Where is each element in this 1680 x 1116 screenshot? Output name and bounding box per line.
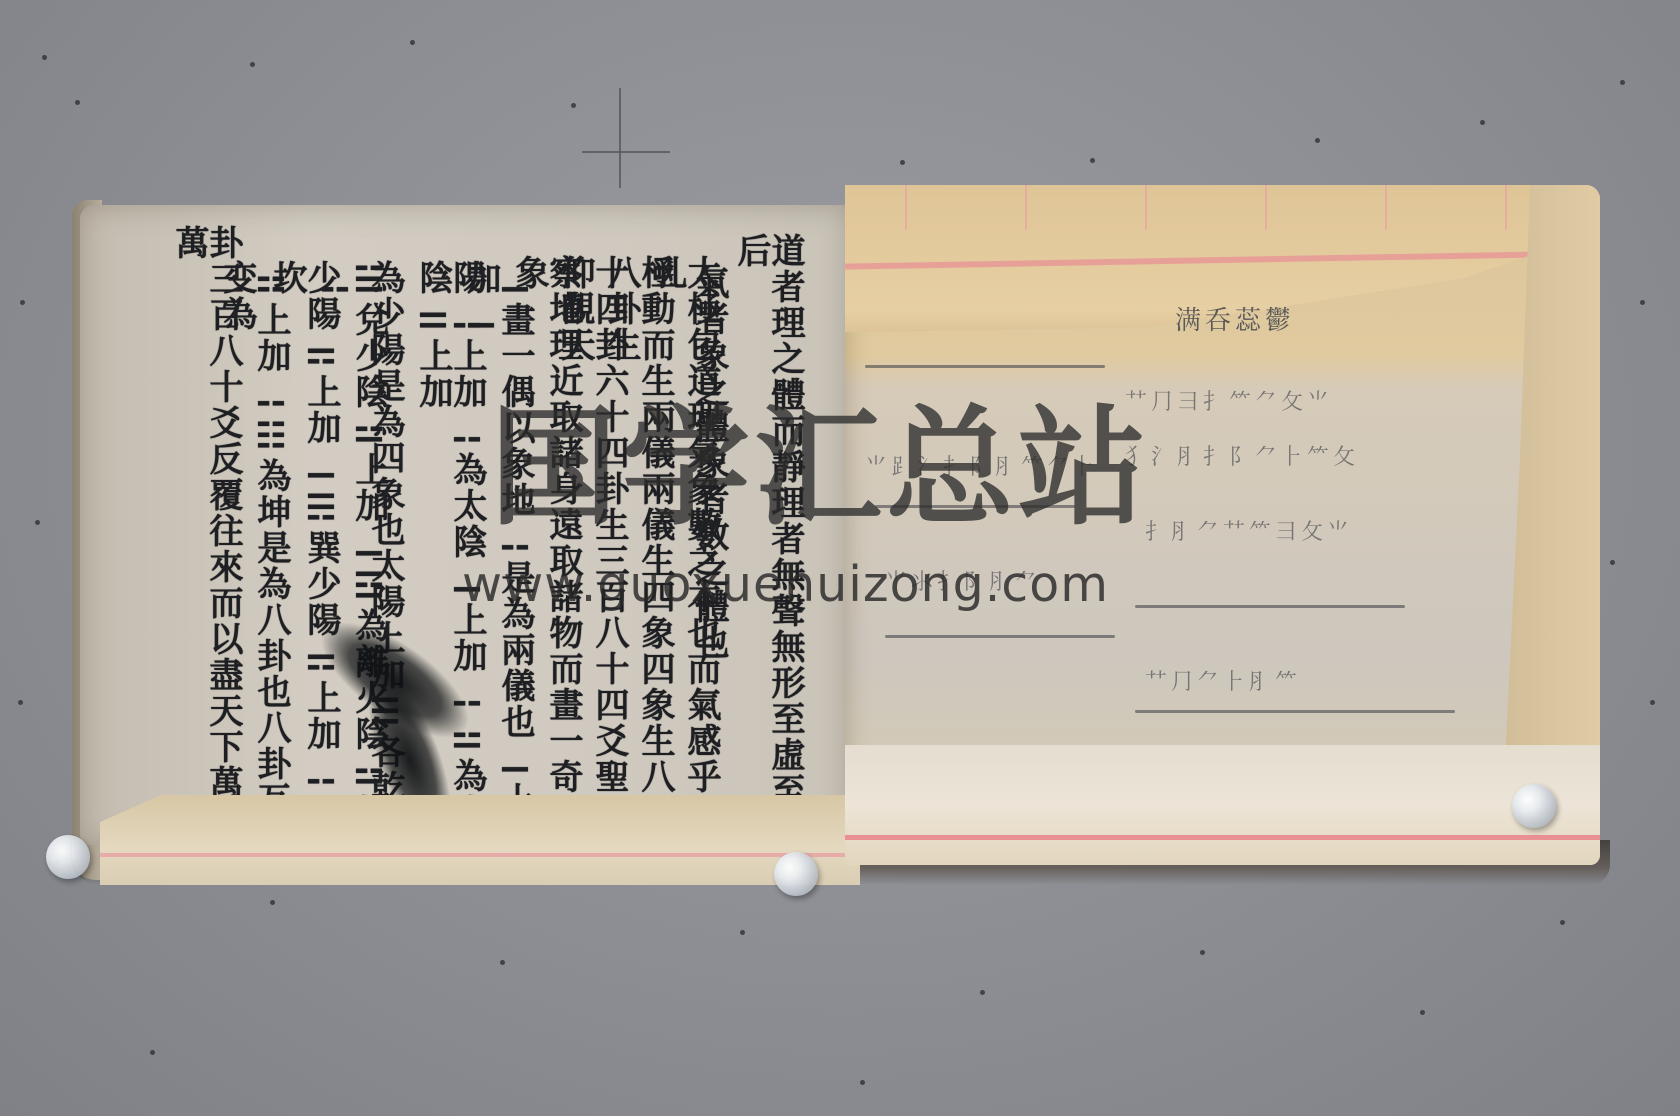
crosshair-mark — [619, 88, 621, 188]
handwritten-line: ⺿⺆⺕⺘⺮⺈⺙⺌ — [1125, 385, 1333, 416]
watermark-title: 国学汇总站 — [490, 405, 1150, 533]
bottom-repair-strip — [100, 795, 860, 885]
handwritten-line: ⺿⺆⺈⺊⺼⺮ — [1145, 665, 1301, 696]
watermark-url: www.guoxuehuizong.com — [462, 560, 1109, 609]
glass-pin — [46, 835, 90, 879]
text-column: 卦三百八十爻反覆往來而以盡天下萬物萬 — [172, 225, 240, 845]
crosshair-mark — [582, 151, 670, 153]
red-ruled-line — [845, 250, 1600, 269]
handwritten-header: 满呑蕊鬱 — [1175, 300, 1295, 337]
handwritten-line: ⺘⺼⺈⺿⺮⺕⺙⺌ — [1145, 515, 1353, 546]
handwritten-line: ⺨⺡⺼⺘⻖⺈⺊⺮⺙ — [1125, 440, 1359, 471]
glass-pin — [774, 852, 818, 896]
glass-pin — [1512, 784, 1556, 828]
folded-bottom-flap — [845, 745, 1600, 865]
